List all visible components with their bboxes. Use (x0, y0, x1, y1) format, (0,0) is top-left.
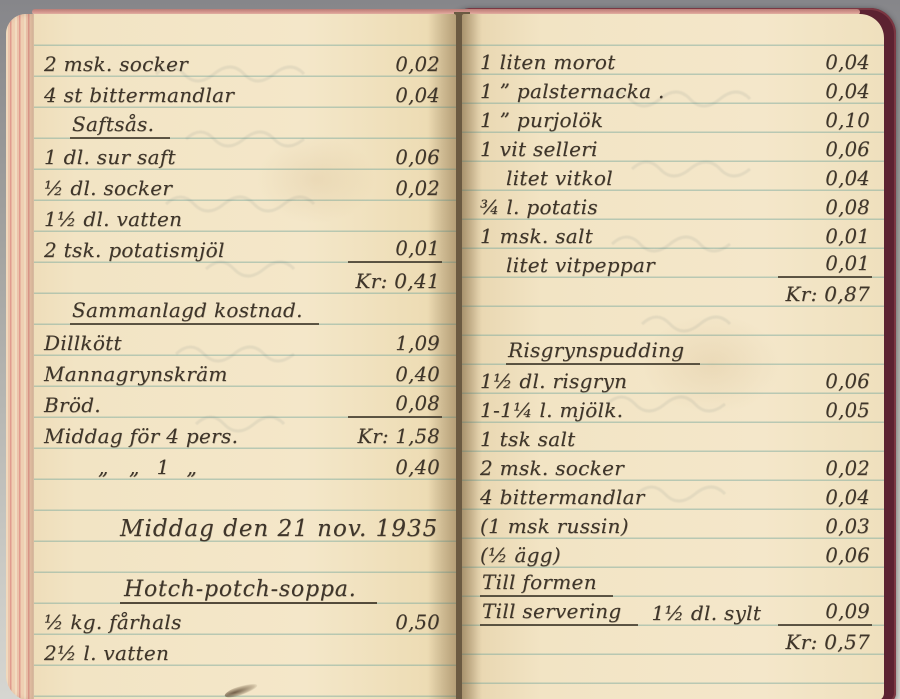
ledger-line: 2 msk. socker0,02 (480, 452, 872, 481)
price-value: 0,40 (348, 456, 442, 480)
ledger-line: „ „ 1 „0,40 (44, 449, 442, 480)
subtotal-value: Kr: 0,87 (778, 283, 872, 307)
ingredient-text: „ „ 1 „ (98, 456, 197, 480)
section-heading: Hotch-potch-soppa. (120, 578, 377, 604)
ledger-line: litet vitpeppar0,01 (480, 249, 872, 278)
price-value: 0,03 (778, 515, 872, 539)
ledger-line: ¾ l. potatis0,08 (480, 191, 872, 220)
ingredient-text: 1½ dl. vatten (44, 208, 182, 232)
price-value: 0,50 (348, 611, 442, 635)
notebook-scan: { "colors": { "paper": "#f2e4c4", "ink":… (0, 0, 900, 699)
ledger-line: 4 bittermandlar0,04 (480, 481, 872, 510)
price-value: 0,08 (348, 392, 442, 418)
ledger-line: 1 dl. sur saft0,06 (44, 139, 442, 170)
ingredient-text: litet vitkol (506, 167, 613, 191)
ingredient-text: 4 bittermandlar (480, 486, 645, 510)
ink-smudge (223, 681, 258, 699)
ingredient-text: 1 liten morot (480, 51, 616, 75)
ingredient-text: 1 msk. salt (480, 225, 593, 249)
ingredient-text: Bröd. (44, 394, 101, 418)
ledger-line: 1 ” purjolök0,10 (480, 104, 872, 133)
ledger-line: 2½ l. vatten (44, 635, 442, 666)
ledger-line: 2 tsk. potatismjöl0,01 (44, 232, 442, 263)
subtotal-row: Kr: 0,41 (44, 263, 442, 294)
price-value: 0,04 (778, 167, 872, 191)
section-heading-row: Till formen (480, 568, 872, 597)
ingredient-text: (1 msk russin) (480, 515, 629, 539)
price-value: 0,06 (778, 138, 872, 162)
price-value: 0,06 (348, 146, 442, 170)
section-heading: Risgrynspudding (506, 339, 700, 365)
section-heading: Till servering (480, 600, 638, 626)
ledger-line: (½ ägg)0,06 (480, 539, 872, 568)
ledger-line: 1 tsk salt (480, 423, 872, 452)
price-value: 0,04 (778, 486, 872, 510)
ingredient-text: 4 st bittermandlar (44, 84, 234, 108)
ingredient-text: 1 tsk salt (480, 428, 575, 452)
price-value: 0,10 (778, 109, 872, 133)
price-value: 0,04 (348, 84, 442, 108)
ledger-line: (1 msk russin)0,03 (480, 510, 872, 539)
price-value: 0,02 (348, 53, 442, 77)
ingredient-text: 1 ” purjolök (480, 109, 603, 133)
section-heading-row: Risgrynspudding (480, 336, 872, 365)
ingredient-text: 2 tsk. potatismjöl (44, 239, 225, 263)
price-value: 0,08 (778, 196, 872, 220)
ledger-line: Middag för 4 pers.Kr: 1,58 (44, 418, 442, 449)
ledger-line: 1 vit selleri0,06 (480, 133, 872, 162)
ledger-line: 2 msk. socker0,02 (44, 46, 442, 77)
ingredient-text: Dillkött (44, 332, 122, 356)
price-value: 0,06 (778, 544, 872, 568)
page-edge-stack (6, 14, 34, 699)
ingredient-text: ¾ l. potatis (480, 196, 598, 220)
date-title: Middag den 21 nov. 1935 (120, 518, 438, 542)
price-value: 0,04 (778, 51, 872, 75)
ingredient-text: 2½ l. vatten (44, 642, 169, 666)
ledger-line: 1-1¼ l. mjölk.0,05 (480, 394, 872, 423)
ingredient-text: 2 msk. socker (480, 457, 624, 481)
ingredient-text: 1½ dl. sylt (652, 602, 762, 626)
ledger-line: ½ dl. socker0,02 (44, 170, 442, 201)
ingredient-text: 1 dl. sur saft (44, 146, 176, 170)
subtotal-row: Kr: 0,87 (480, 278, 872, 307)
left-page-entries: 2 msk. socker0,024 st bittermandlar0,04S… (44, 46, 442, 666)
ingredient-text: litet vitpeppar (506, 254, 655, 278)
section-heading-row: Sammanlagd kostnad. (44, 294, 442, 325)
section-heading: Sammanlagd kostnad. (70, 299, 319, 325)
ingredient-text: Middag för 4 pers. (44, 425, 238, 449)
ledger-line: Till servering1½ dl. sylt0,09 (480, 597, 872, 626)
price-value: 0,02 (778, 457, 872, 481)
section-heading-row: Hotch-potch-soppa. (44, 573, 442, 604)
ingredient-text: 1 vit selleri (480, 138, 598, 162)
right-page-entries: 1 liten morot0,041 ” palsternacka .0,041… (480, 46, 872, 655)
ledger-line: 1 liten morot0,04 (480, 46, 872, 75)
ledger-line: Mannagrynskräm0,40 (44, 356, 442, 387)
ledger-line: 1 ” palsternacka .0,04 (480, 75, 872, 104)
ingredient-text: 1-1¼ l. mjölk. (480, 399, 623, 423)
ingredient-text: 2 msk. socker (44, 53, 188, 77)
section-heading-row: Saftsås. (44, 108, 442, 139)
ingredient-text: 1 ” palsternacka . (480, 80, 665, 104)
ledger-line: ½ kg. fårhals0,50 (44, 604, 442, 635)
ledger-line: Bröd.0,08 (44, 387, 442, 418)
ledger-line: Dillkött1,09 (44, 325, 442, 356)
price-value: 0,02 (348, 177, 442, 201)
section-heading: Saftsås. (70, 113, 170, 139)
section-heading: Till formen (480, 571, 613, 597)
price-value: 0,01 (778, 252, 872, 278)
ledger-line: 1½ dl. risgryn0,06 (480, 365, 872, 394)
price-value: 0,09 (778, 600, 872, 626)
ingredient-text: (½ ägg) (480, 544, 561, 568)
subtotal-value: Kr: 0,41 (348, 270, 442, 294)
ingredient-text: 1½ dl. risgryn (480, 370, 627, 394)
subtotal-value: Kr: 0,57 (778, 631, 872, 655)
price-value: 0,40 (348, 363, 442, 387)
subtotal-row: Kr: 0,57 (480, 626, 872, 655)
price-value: 0,01 (348, 237, 442, 263)
ingredient-text: ½ kg. fårhals (44, 611, 182, 635)
price-value: Kr: 1,58 (348, 425, 442, 449)
ledger-line: 1½ dl. vatten (44, 201, 442, 232)
price-value: 0,05 (778, 399, 872, 423)
price-value: 0,01 (778, 225, 872, 249)
ledger-line: 4 st bittermandlar0,04 (44, 77, 442, 108)
ledger-line: 1 msk. salt0,01 (480, 220, 872, 249)
ledger-line: litet vitkol0,04 (480, 162, 872, 191)
ingredient-text: ½ dl. socker (44, 177, 172, 201)
notebook-book: 2 msk. socker0,024 st bittermandlar0,04S… (6, 8, 894, 699)
notebook-left-page: 2 msk. socker0,024 st bittermandlar0,04S… (6, 14, 456, 699)
price-value: 0,04 (778, 80, 872, 104)
price-value: 0,06 (778, 370, 872, 394)
notebook-right-page: 1 liten morot0,041 ” palsternacka .0,041… (462, 14, 884, 699)
price-value: 1,09 (348, 332, 442, 356)
date-title-row: Middag den 21 nov. 1935 (44, 511, 442, 542)
ingredient-text: Mannagrynskräm (44, 363, 228, 387)
